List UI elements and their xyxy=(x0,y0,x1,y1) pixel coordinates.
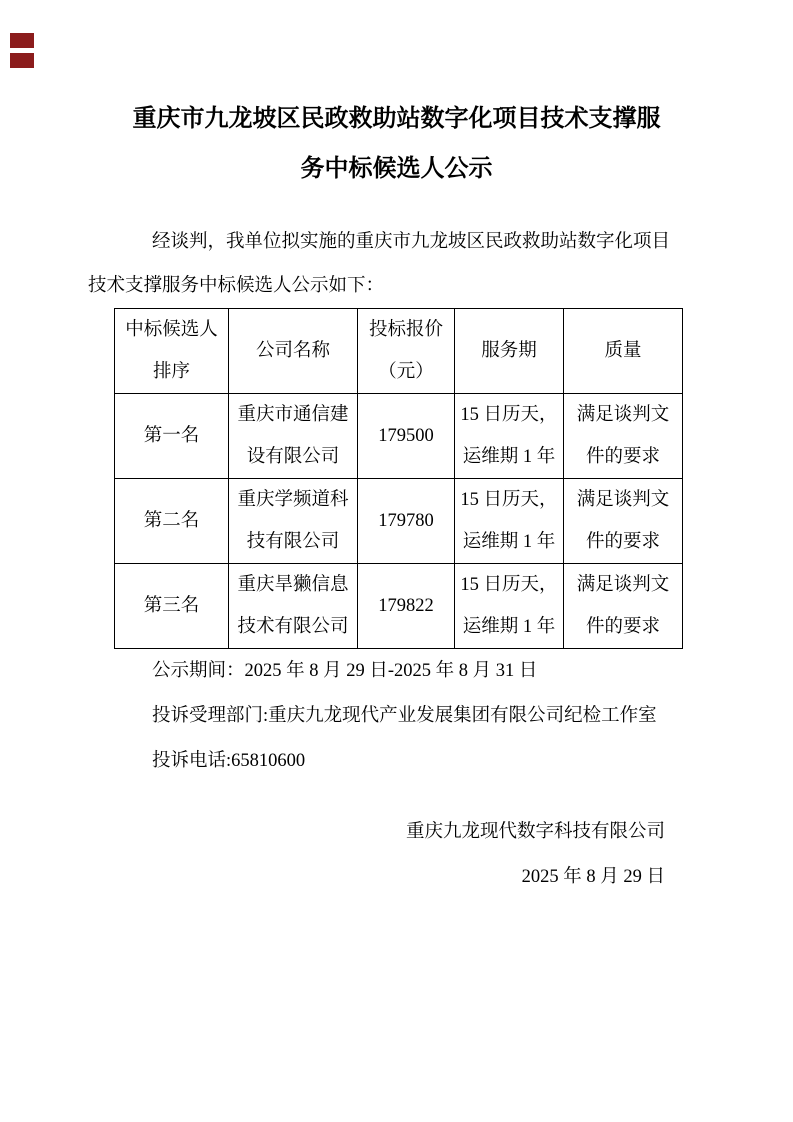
cell-service-period: 15 日历天， 运维期 1 年 xyxy=(455,564,564,649)
publicity-period-line: 公示期间：2025 年 8 月 29 日-2025 年 8 月 31 日 xyxy=(88,649,733,694)
cell-quality: 满足谈判文 件的要求 xyxy=(564,394,683,479)
cell-rank: 第三名 xyxy=(115,564,229,649)
header-price: 投标报价 （元） xyxy=(358,309,455,394)
bid-candidates-table: 中标候选人 排序 公司名称 投标报价 （元） 服务期 质量 第一名 重庆市通信建… xyxy=(114,308,683,649)
page-title-line1: 重庆市九龙坡区民政救助站数字化项目技术支撑服 xyxy=(0,94,793,144)
table-header-row: 中标候选人 排序 公司名称 投标报价 （元） 服务期 质量 xyxy=(115,309,683,394)
header-quality: 质量 xyxy=(564,309,683,394)
cell-quality: 满足谈判文 件的要求 xyxy=(564,479,683,564)
cell-price: 179822 xyxy=(358,564,455,649)
red-stamp-mark xyxy=(10,53,34,68)
header-rank: 中标候选人 排序 xyxy=(115,309,229,394)
table-row: 第二名 重庆学频道科 技有限公司 179780 15 日历天， 运维期 1 年 … xyxy=(115,479,683,564)
cell-service-period: 15 日历天， 运维期 1 年 xyxy=(455,394,564,479)
cell-company: 重庆市通信建 设有限公司 xyxy=(229,394,358,479)
signature-date: 2025 年 8 月 29 日 xyxy=(0,855,665,900)
cell-rank: 第一名 xyxy=(115,394,229,479)
cell-company: 重庆旱獭信息 技术有限公司 xyxy=(229,564,358,649)
complaint-phone-line: 投诉电话:65810600 xyxy=(88,739,733,784)
cell-service-period: 15 日历天， 运维期 1 年 xyxy=(455,479,564,564)
intro-line1: 经谈判，我单位拟实施的重庆市九龙坡区民政救助站数字化项目 xyxy=(88,220,707,264)
complaint-department-line: 投诉受理部门:重庆九龙现代产业发展集团有限公司纪检工作室 xyxy=(88,694,733,739)
intro-paragraph: 经谈判，我单位拟实施的重庆市九龙坡区民政救助站数字化项目 技术支撑服务中标候选人… xyxy=(88,220,707,308)
signature-company: 重庆九龙现代数字科技有限公司 xyxy=(0,810,665,855)
signature-block: 重庆九龙现代数字科技有限公司 2025 年 8 月 29 日 xyxy=(0,810,665,900)
intro-line2: 技术支撑服务中标候选人公示如下： xyxy=(88,264,707,308)
table-row: 第三名 重庆旱獭信息 技术有限公司 179822 15 日历天， 运维期 1 年… xyxy=(115,564,683,649)
cell-rank: 第二名 xyxy=(115,479,229,564)
header-company: 公司名称 xyxy=(229,309,358,394)
cell-quality: 满足谈判文 件的要求 xyxy=(564,564,683,649)
red-stamp-mark xyxy=(10,33,34,48)
page-title-line2: 务中标候选人公示 xyxy=(0,144,793,194)
cell-company: 重庆学频道科 技有限公司 xyxy=(229,479,358,564)
table-row: 第一名 重庆市通信建 设有限公司 179500 15 日历天， 运维期 1 年 … xyxy=(115,394,683,479)
announcement-page: 重庆市九龙坡区民政救助站数字化项目技术支撑服 务中标候选人公示 经谈判，我单位拟… xyxy=(0,0,793,1122)
header-service-period: 服务期 xyxy=(455,309,564,394)
cell-price: 179780 xyxy=(358,479,455,564)
cell-price: 179500 xyxy=(358,394,455,479)
page-title: 重庆市九龙坡区民政救助站数字化项目技术支撑服 务中标候选人公示 xyxy=(0,0,793,194)
